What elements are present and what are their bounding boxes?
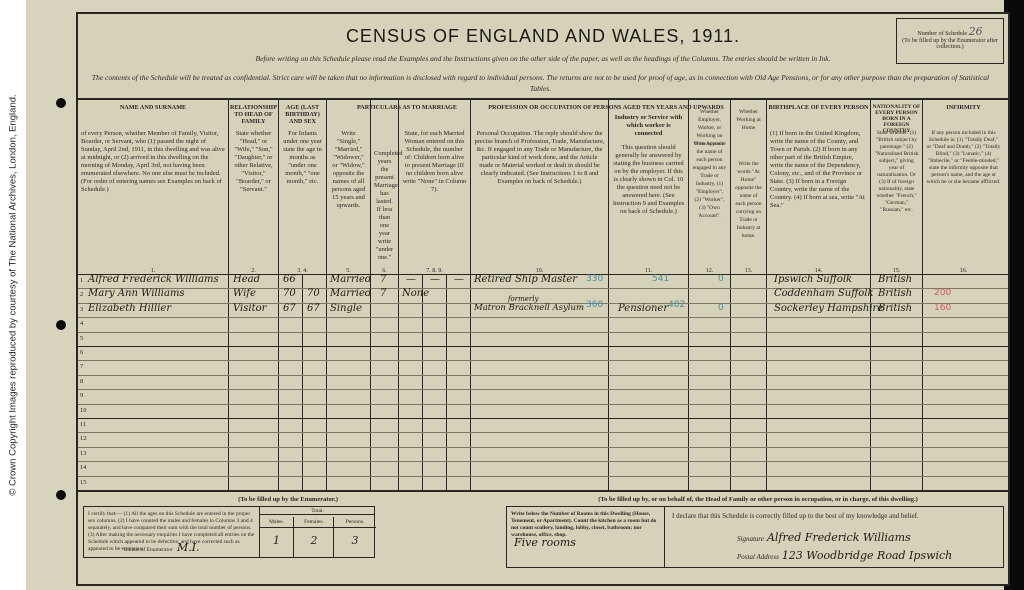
declaration-text: I declare that this Schedule is correctl… bbox=[672, 512, 919, 520]
marriage-status: Single bbox=[330, 303, 362, 314]
punch-hole bbox=[56, 320, 66, 330]
rooms-count: Five rooms bbox=[514, 536, 576, 549]
col-birthplace: Birthplace of every person(1) If born in… bbox=[766, 100, 870, 276]
occupation: Retired Ship Master bbox=[474, 274, 577, 285]
table-row: 2 Mary Ann Williams Wife 70 70 Married 7… bbox=[78, 288, 1008, 303]
schedule-number-box: Number of Schedule 26 (To be filled up b… bbox=[896, 18, 1004, 64]
birthplace: Ipswich Suffolk bbox=[774, 274, 852, 285]
page-title: CENSUS OF ENGLAND AND WALES, 1911. bbox=[78, 26, 1008, 47]
age-female: 70 bbox=[307, 288, 320, 299]
postal-address-line: Postal Address123 Woodbridge Road Ipswic… bbox=[737, 549, 952, 562]
employer-code: 0 bbox=[718, 274, 724, 284]
occupation-code: 360 bbox=[586, 300, 603, 310]
instruction-line-2: The contents of the Schedule will be tre… bbox=[88, 72, 993, 94]
rooms-box: Write below the Number of Rooms in this … bbox=[507, 507, 665, 567]
person-rows: 1 Alfred Frederick Williams Head 66 Marr… bbox=[78, 274, 1008, 490]
industry-code: 541 bbox=[652, 274, 669, 284]
footer-section: (To be filled up by the Enumerator.) I c… bbox=[78, 490, 1008, 584]
schedule-label: Number of Schedule bbox=[917, 31, 967, 37]
nationality: British bbox=[878, 303, 912, 314]
years-married: 7 bbox=[380, 274, 386, 285]
total-females: 2 bbox=[294, 528, 334, 547]
person-name: Elizabeth Hillier bbox=[88, 303, 171, 314]
enumerator-box: I certify that:— (1) All the ages on thi… bbox=[83, 506, 375, 558]
age-male: 66 bbox=[283, 274, 296, 285]
industry-code: 482 bbox=[668, 300, 685, 310]
col-nationality: Nationality of every Person born in a Fo… bbox=[870, 100, 922, 276]
col-marriage: Particulars as to MarriageWrite "Single,… bbox=[326, 100, 370, 276]
total-persons: 3 bbox=[334, 528, 376, 547]
age-female: 67 bbox=[307, 303, 320, 314]
col-occupation: Profession or Occupation of Persons aged… bbox=[470, 100, 608, 276]
relationship: Wife bbox=[233, 288, 256, 299]
schedule-number: 26 bbox=[969, 25, 983, 38]
col-at-home: Whether Working at HomeWrite the words "… bbox=[730, 100, 766, 276]
postal-address: 123 Woodbridge Road Ipswich bbox=[782, 549, 952, 562]
schedule-note: (To be filled up by the Enumerator after… bbox=[902, 38, 998, 50]
relationship: Visitor bbox=[233, 303, 266, 314]
col-age: Age (last Birthday) and SexFor Infants u… bbox=[278, 100, 326, 276]
nationality-code: 200 bbox=[934, 288, 951, 298]
occupation: Matron Bracknell Asylum bbox=[474, 303, 584, 313]
age-female-dup: 67 bbox=[283, 303, 296, 314]
col-name: Name and Surnameof every Person, whether… bbox=[78, 100, 228, 276]
column-headers: Name and Surnameof every Person, whether… bbox=[78, 98, 1008, 276]
col-industry: Industry or Service with which worker is… bbox=[608, 100, 688, 276]
birthplace: Sockerley Hampshire bbox=[774, 303, 883, 314]
signature-line: SignatureAlfred Frederick Williams bbox=[737, 531, 911, 544]
col-children: State, for each Married Woman entered on… bbox=[398, 100, 470, 276]
years-married: 7 bbox=[380, 288, 386, 299]
enumerator-initials: Initials of Enumerator M.I. bbox=[124, 541, 200, 554]
nationality-code: 160 bbox=[934, 303, 951, 313]
col-employer: Whether Employer, Worker, or Working on … bbox=[688, 100, 730, 276]
occupation-code: 330 bbox=[586, 274, 603, 284]
nationality: British bbox=[878, 288, 912, 299]
col-infirmity: InfirmityIf any person included in this … bbox=[922, 100, 1004, 276]
table-row: 1 Alfred Frederick Williams Head 66 Marr… bbox=[78, 274, 1008, 289]
total-males: 1 bbox=[260, 528, 293, 547]
col-relationship: Relationship to Head of FamilyState whet… bbox=[228, 100, 278, 276]
person-name: Mary Ann Williams bbox=[88, 288, 185, 299]
census-schedule: CENSUS OF ENGLAND AND WALES, 1911. Befor… bbox=[76, 12, 1010, 586]
punch-hole bbox=[56, 490, 66, 500]
marriage-status: Married bbox=[330, 274, 371, 285]
industry: Pensioner bbox=[618, 303, 668, 314]
person-name: Alfred Frederick Williams bbox=[88, 274, 219, 285]
table-row: 3 Elizabeth Hillier Visitor 67 67 Single… bbox=[78, 303, 1008, 318]
enumerator-title: (To be filled up by the Enumerator.) bbox=[108, 496, 468, 503]
col-years-married: Completed years the present Marriage has… bbox=[370, 100, 398, 276]
children-born-alive: None bbox=[402, 288, 429, 299]
signature: Alfred Frederick Williams bbox=[767, 531, 911, 544]
declaration-box: Write below the Number of Rooms in this … bbox=[506, 506, 1004, 568]
relationship: Head bbox=[233, 274, 260, 285]
instruction-line-1: Before writing on this Schedule please r… bbox=[78, 54, 1008, 63]
totals-box: Total. Males.1 Females.2 Persons.3 bbox=[259, 507, 375, 557]
employer-code: 0 bbox=[718, 303, 724, 313]
head-section-title: (To be filled up by, or on behalf of, th… bbox=[518, 496, 998, 503]
copyright-strip: © Crown Copyright Images reproduced by c… bbox=[0, 0, 26, 590]
birthplace: Coddenham Suffolk bbox=[774, 288, 874, 299]
census-page: CENSUS OF ENGLAND AND WALES, 1911. Befor… bbox=[26, 0, 1004, 590]
copyright-text: © Crown Copyright Images reproduced by c… bbox=[8, 94, 19, 495]
occupation-note: formerly bbox=[508, 295, 538, 303]
nationality: British bbox=[878, 274, 912, 285]
punch-hole bbox=[56, 98, 66, 108]
marriage-status: Married bbox=[330, 288, 371, 299]
age-female-dup: 70 bbox=[283, 288, 296, 299]
